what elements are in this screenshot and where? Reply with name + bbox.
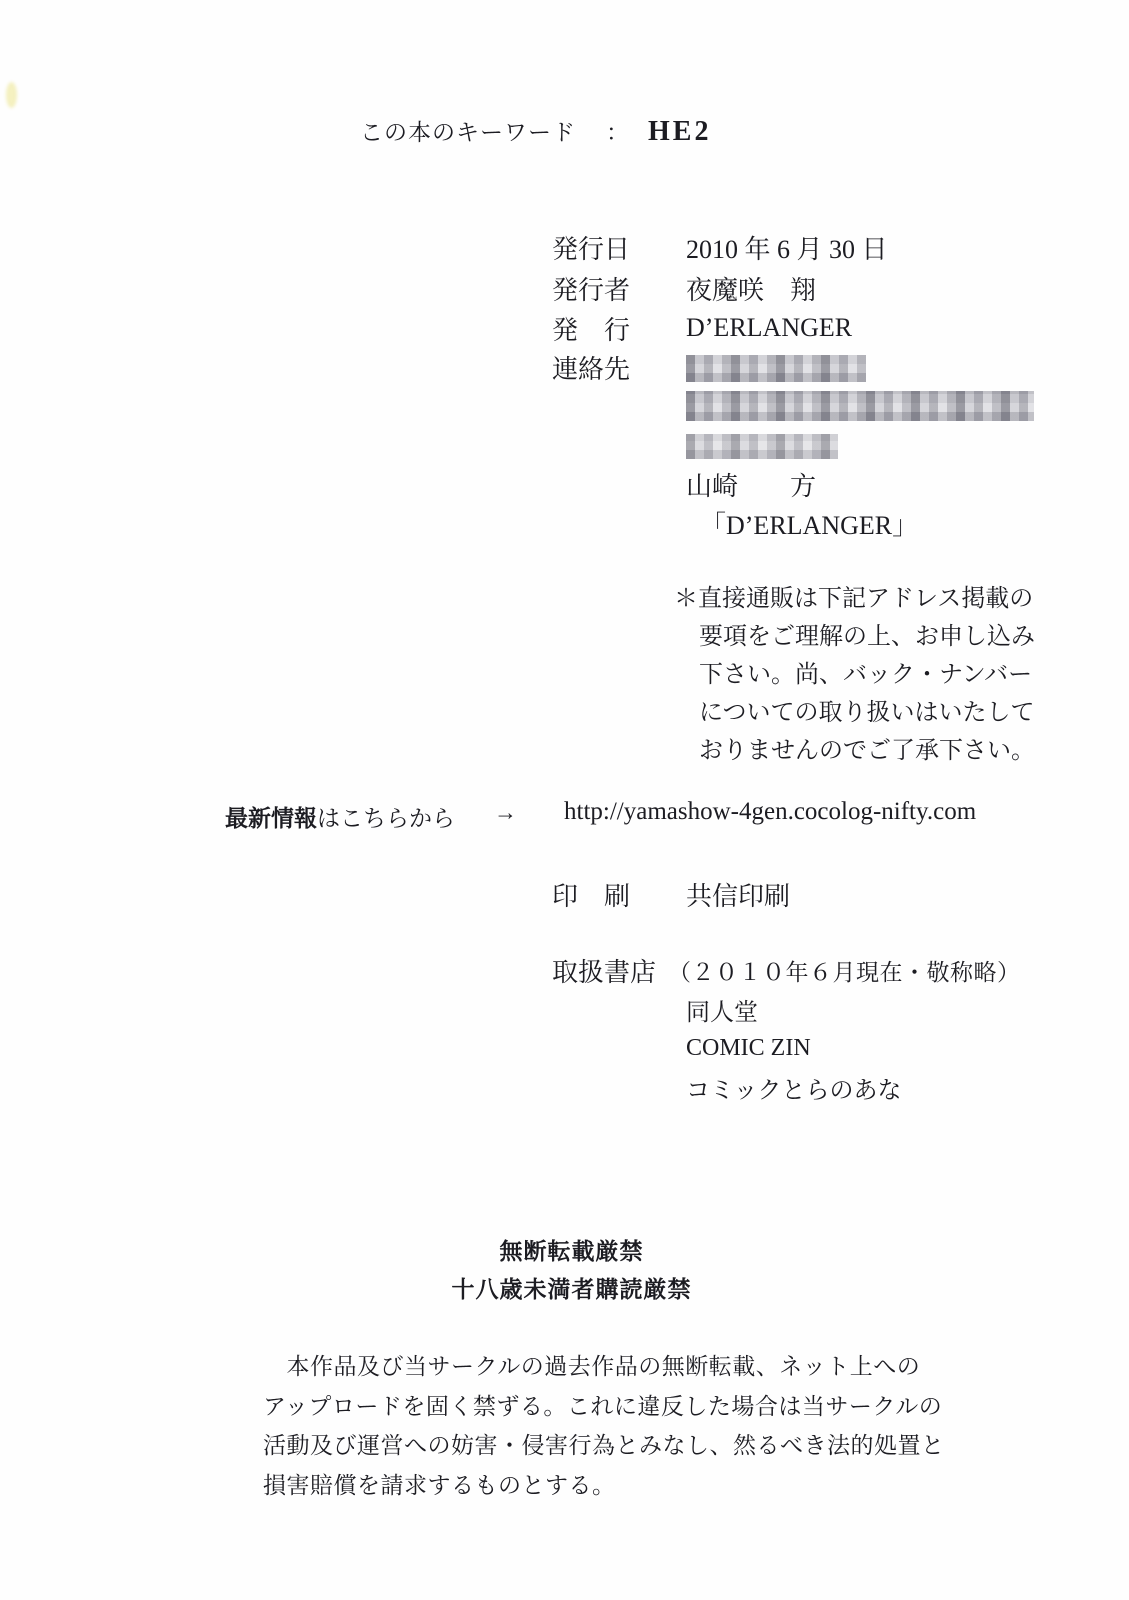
contact-row: 連絡先 xyxy=(552,348,1034,386)
mail-order-note-line: 下さい。尚、バック・ナンバー xyxy=(674,656,1035,694)
store-item: 同人堂 xyxy=(552,990,1021,1029)
mail-order-note-line: ＊直接通販は下記アドレス掲載の xyxy=(674,580,1035,618)
store-item: COMIC ZIN xyxy=(552,1029,1021,1068)
website-row: 最新情報はこちらから → http://yamashow-4gen.cocolo… xyxy=(0,800,1129,832)
mail-order-note-line: についての取り扱いはいたして xyxy=(674,694,1035,732)
colophon-page: この本のキーワード：HE2 発行日 2010 年 6 月 30 日 発行者 夜魔… xyxy=(0,0,1129,1600)
contact-label: 連絡先 xyxy=(552,349,686,386)
legal-line: アップロードを固く禁ずる。これに違反した場合は当サークルの xyxy=(263,1387,963,1427)
care-of-row: 山崎 方 xyxy=(552,464,1034,504)
publish-date-row: 発行日 2010 年 6 月 30 日 xyxy=(552,226,1034,268)
publish-date-label: 発行日 xyxy=(552,229,686,266)
scan-artifact xyxy=(6,82,17,108)
mail-order-note-line: 要項をご理解の上、お申し込み xyxy=(674,618,1035,656)
contact-address-row xyxy=(552,386,1034,424)
publisher-person-value: 夜魔咲 翔 xyxy=(686,270,816,307)
legal-line: 活動及び運営への妨害・侵害行為とみなし、然るべき法的処置と xyxy=(263,1426,963,1466)
warning-age-restriction: 十八歳未満者購読厳禁 xyxy=(14,1271,1129,1309)
publisher-circle-label: 発 行 xyxy=(552,310,686,347)
printing-label: 印 刷 xyxy=(552,876,686,913)
warning-no-reproduction: 無断転載厳禁 xyxy=(14,1233,1129,1271)
legal-paragraph: 本作品及び当サークルの過去作品の無断転載、ネット上への アップロードを固く禁ずる… xyxy=(263,1347,963,1505)
circle-quoted-row: 「D’ERLANGER」 xyxy=(552,504,1034,542)
publisher-person-row: 発行者 夜魔咲 翔 xyxy=(552,268,1034,308)
stores-block: 取扱書店 （２０１０年６月現在・敬称略） 同人堂 COMIC ZIN コミックと… xyxy=(552,950,1021,1107)
stores-header-row: 取扱書店 （２０１０年６月現在・敬称略） xyxy=(552,950,1021,990)
publish-date-value: 2010 年 6 月 30 日 xyxy=(686,229,888,266)
website-label-rest: はこちらから xyxy=(317,806,455,831)
stores-note: （２０１０年６月現在・敬称略） xyxy=(668,954,1021,987)
publisher-circle-row: 発 行 D’ERLANGER xyxy=(552,308,1034,348)
website-url: http://yamashow-4gen.cocolog-nifty.com xyxy=(564,798,976,826)
keyword-line: この本のキーワード：HE2 xyxy=(360,114,711,148)
contact-street-row xyxy=(552,424,1034,464)
printing-row: 印 刷 共信印刷 xyxy=(552,876,790,913)
keyword-value: HE2 xyxy=(648,116,711,147)
publisher-person-label: 発行者 xyxy=(552,270,686,307)
website-label-bold: 最新情報 xyxy=(225,806,317,831)
stores-label: 取扱書店 xyxy=(552,952,668,989)
keyword-separator: ： xyxy=(606,120,630,145)
colophon-block: 発行日 2010 年 6 月 30 日 発行者 夜魔咲 翔 発 行 D’ERLA… xyxy=(552,226,1034,542)
redacted-address xyxy=(686,391,1034,421)
legal-line: 本作品及び当サークルの過去作品の無断転載、ネット上への xyxy=(263,1347,963,1387)
keyword-label: この本のキーワード xyxy=(360,120,576,145)
publisher-circle-value: D’ERLANGER xyxy=(686,313,852,343)
circle-name-quoted: 「D’ERLANGER」 xyxy=(686,505,918,542)
mail-order-note-line: おりませんのでご了承下さい。 xyxy=(674,732,1035,770)
mail-order-note: ＊直接通販は下記アドレス掲載の 要項をご理解の上、お申し込み 下さい。尚、バック… xyxy=(674,580,1035,770)
redacted-postal-code xyxy=(686,355,866,382)
store-item: コミックとらのあな xyxy=(552,1068,1021,1107)
care-of-name: 山崎 方 xyxy=(686,466,816,503)
redacted-street-number xyxy=(686,434,838,459)
printing-value: 共信印刷 xyxy=(686,876,790,913)
website-label: 最新情報はこちらから xyxy=(225,800,455,833)
legal-line: 損害賠償を請求するものとする。 xyxy=(263,1466,963,1506)
warnings-block: 無断転載厳禁 十八歳未満者購読厳禁 xyxy=(0,1233,1129,1309)
arrow-icon: → xyxy=(494,800,517,826)
